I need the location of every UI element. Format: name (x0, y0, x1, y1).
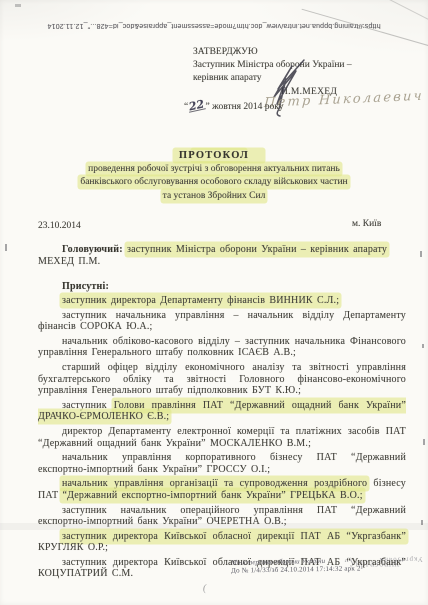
attendee-item: старший офіцер відділу економічного анал… (38, 362, 406, 397)
scanned-url-line: https://training.bppua.net.intra/view_do… (36, 22, 392, 29)
attendee-item: заступник Голови правління ПАТ “Державни… (38, 400, 406, 423)
date-rest: ” жовтня 2014 року (206, 102, 284, 112)
attendee-item: заступник начальник операційного управлі… (38, 505, 406, 528)
registration-stamp: Міністерство оборони України Укргазбанк … (231, 555, 419, 574)
scan-speck (423, 439, 425, 445)
attendee-item: заступник директора Київської обласної д… (38, 531, 406, 554)
print-through-ghost-text: Укргазбанк (379, 555, 423, 564)
handwritten-day: 22 (187, 99, 206, 112)
title-line: та установ Збройних Сил (30, 190, 398, 203)
approval-date-line: “22” жовтня 2014 року (184, 101, 284, 112)
paper-crease (385, 0, 428, 24)
attendee-item: начальник обліково-касового відділу – за… (38, 336, 406, 359)
attendee-item: начальник управління організації та супр… (38, 478, 406, 501)
document-city: м. Київ (352, 219, 381, 229)
document-page: https://training.bppua.net.intra/view_do… (0, 0, 428, 605)
attendees-list: заступник директора Департаменту фінансі… (38, 295, 406, 583)
document-title-block: ПРОТОКОЛпроведення робочої зустрічі з об… (30, 149, 398, 203)
document-date: 23.10.2014 (38, 221, 81, 231)
scan-speck (422, 344, 424, 348)
chairman-block: Головуючий: заступник Міністра оборони У… (38, 244, 406, 270)
chairman-paragraph: Головуючий: заступник Міністра оборони У… (38, 244, 406, 267)
scan-speck (421, 520, 423, 525)
title-line: проведення робочої зустрічі з обговоренн… (30, 163, 398, 176)
title-line: банківського обслуговування особового ск… (30, 176, 398, 189)
scan-speck: ( (202, 583, 207, 594)
attendees-label-row: Присутні: (38, 281, 406, 296)
scan-speck (420, 251, 422, 257)
attendee-item: заступник начальника управління – началь… (38, 310, 406, 333)
scan-speck (15, 4, 21, 7)
attendees-label: Присутні: (38, 281, 406, 293)
scan-speck (5, 244, 7, 251)
attendee-item: директор Департаменту електронної комерц… (38, 426, 406, 449)
attendee-item: заступник директора Департаменту фінансі… (38, 295, 406, 307)
attendee-item: начальник управління корпоративного бізн… (38, 452, 406, 475)
title-line: ПРОТОКОЛ (30, 149, 398, 162)
